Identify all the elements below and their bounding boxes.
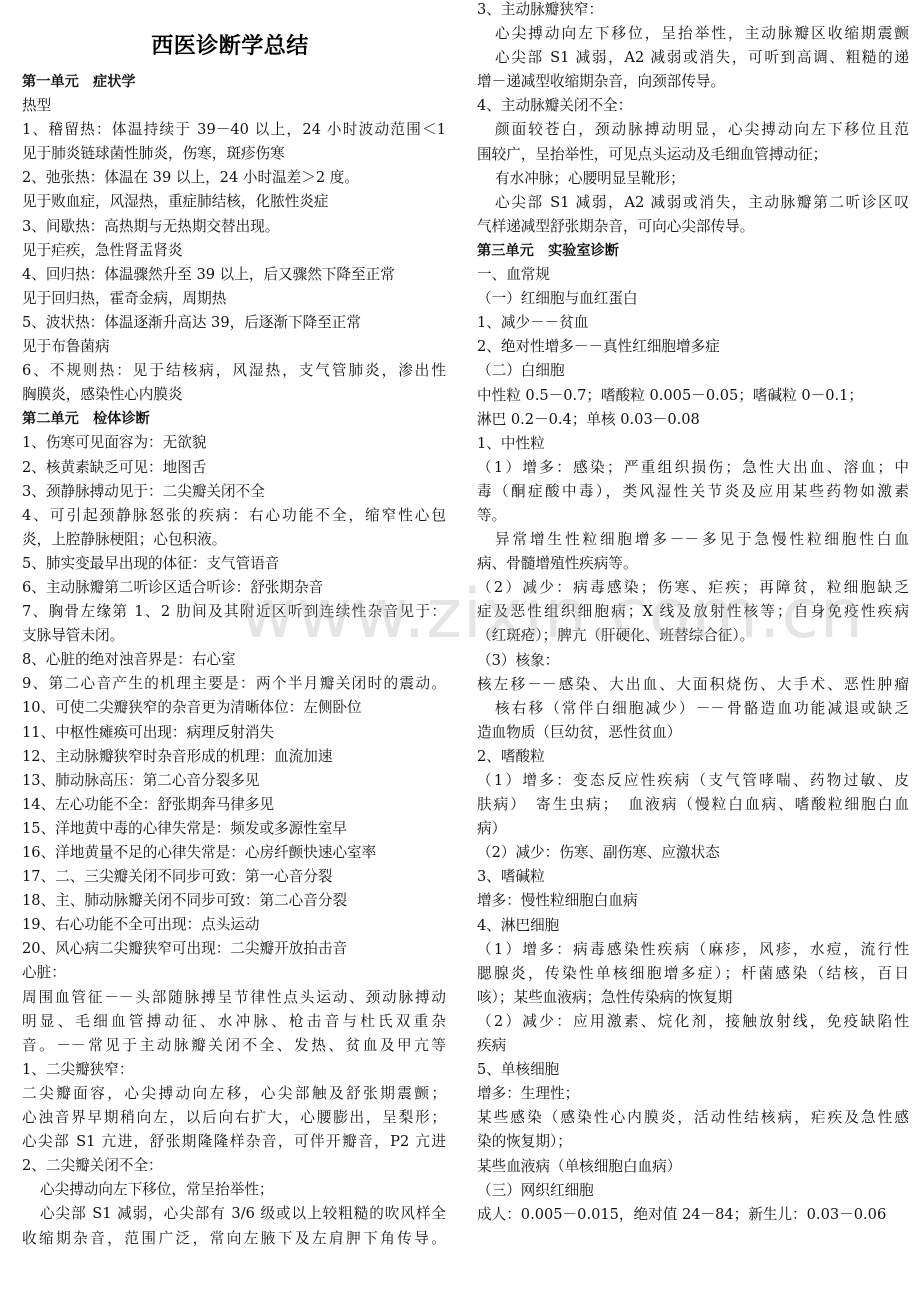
text-line: 4、回归热：体温骤然升至 39 以上，后又骤然下降至正常 [22, 263, 446, 287]
text-line: 见于肺炎链球菌性肺炎，伤寒，斑疹伤寒 [22, 142, 446, 166]
text-line: 6、主动脉瓣第二听诊区适合听诊：舒张期杂音 [22, 576, 446, 600]
text-line: 见于败血症，风湿热，重症肺结核，化脓性炎症 [22, 190, 446, 214]
document-page: 西医诊断学总结 第一单元 症状学热型1、稽留热：体温持续于 39－40 以上，2… [0, 0, 920, 1302]
text-line: 6、不规则热：见于结核病，风湿热，支气管肺炎，渗出性 [22, 359, 446, 383]
text-line: 腮腺炎，传染性单核细胞增多症）；杆菌感染（结核，百日 [477, 962, 909, 986]
text-line: （三）网织红细胞 [477, 1179, 909, 1203]
text-line: 某些血液病（单核细胞白血病） [477, 1155, 909, 1179]
text-line: 中性粒 0.5－0.7；嗜酸粒 0.005－0.05；嗜碱粒 0－0.1； [477, 384, 909, 408]
text-line: （3）核象： [477, 649, 909, 673]
text-line: 气样递减型舒张期杂音，可向心尖部传导。 [477, 215, 909, 239]
text-line: 某些感染（感染性心内膜炎，活动性结核病，疟疾及急性感 [477, 1106, 909, 1130]
text-line: （1）增多：病毒感染性疾病（麻疹，风疹，水痘，流行性 [477, 938, 909, 962]
text-line: 增多：生理性； [477, 1082, 909, 1106]
text-line: 音。－－常见于主动脉瓣关闭不全、发热、贫血及甲亢等 [22, 1034, 446, 1058]
text-line: 1、中性粒 [477, 432, 909, 456]
text-line: 心脏： [22, 961, 446, 985]
text-line: 淋巴 0.2－0.4；单核 0.03－0.08 [477, 408, 909, 432]
text-line: 1、伤寒可见面容为：无欲貌 [22, 431, 446, 455]
text-line: 8、心脏的绝对浊音界是：右心室 [22, 648, 446, 672]
text-line: （1）增多：变态反应性疾病（支气管哮喘、药物过敏、皮 [477, 769, 909, 793]
text-line: 成人：0.005－0.015，绝对值 24－84；新生儿：0.03－0.06 [477, 1203, 909, 1227]
text-line: 收缩期杂音，范围广泛，常向左腋下及左肩胛下角传导。 [22, 1227, 446, 1251]
text-line: 心尖部 S1 亢进，舒张期隆隆样杂音，可伴开瓣音，P2 亢进 [22, 1130, 446, 1154]
text-line: 颜面较苍白，颈动脉搏动明显，心尖搏动向左下移位且范 [477, 118, 909, 142]
text-line: （2）减少：应用激素、烷化剂，接触放射线，免疫缺陷性 [477, 1010, 909, 1034]
text-line: 1、减少－－贫血 [477, 311, 909, 335]
text-line: 心浊音界早期稍向左，以后向右扩大，心腰膨出，呈梨形； [22, 1106, 446, 1130]
text-line: 3、嗜碱粒 [477, 865, 909, 889]
text-line: （2）减少：病毒感染；伤寒、疟疾；再障贫，粒细胞缺乏 [477, 576, 909, 600]
text-line: 支脉导管未闭。 [22, 624, 446, 648]
text-line: 热型 [22, 94, 446, 118]
text-line: 3、颈静脉搏动见于：二尖瓣关闭不全 [22, 480, 446, 504]
text-line: 见于疟疾，急性肾盂肾炎 [22, 239, 446, 263]
text-line: 病、骨髓增殖性疾病等。 [477, 552, 909, 576]
text-line: 12、主动脉瓣狭窄时杂音形成的机理：血流加速 [22, 745, 446, 769]
text-line: 造血物质（巨幼贫，恶性贫血） [477, 721, 909, 745]
text-line: 1、稽留热：体温持续于 39－40 以上，24 小时波动范围＜1 [22, 118, 446, 142]
text-line: 明显、毛细血管搏动征、水冲脉、枪击音与杜氏双重杂 [22, 1010, 446, 1034]
text-line: 疾病 [477, 1034, 909, 1058]
text-line: 2、嗜酸粒 [477, 745, 909, 769]
text-line: 核右移（常伴白细胞减少）－－骨骼造血功能减退或缺乏 [477, 697, 909, 721]
text-line: 心尖部 S1 减弱，A2 减弱或消失，可听到高调、粗糙的递 [477, 46, 909, 70]
text-line: 2、弛张热：体温在 39 以上，24 小时温差＞2 度。 [22, 166, 446, 190]
text-line: 16、洋地黄量不足的心律失常是：心房纤颤快速心室率 [22, 841, 446, 865]
text-line: 5、肺实变最早出现的体征：支气管语音 [22, 552, 446, 576]
text-line: （1）增多：感染；严重组织损伤；急性大出血、溶血；中 [477, 456, 909, 480]
text-line: 2、二尖瓣关闭不全： [22, 1154, 446, 1178]
text-line: 7、胸骨左缘第 1、2 肋间及其附近区听到连续性杂音见于： [22, 600, 446, 624]
text-line: （红斑疮）；脾亢（肝硬化、班替综合征）。 [477, 624, 909, 648]
text-line: 2、核黄素缺乏可见：地图舌 [22, 456, 446, 480]
text-line: 二尖瓣面容，心尖搏动向左移，心尖部触及舒张期震颤； [22, 1082, 446, 1106]
text-line: （二）白细胞 [477, 359, 909, 383]
text-line: 3、主动脉瓣狭窄： [477, 0, 909, 22]
text-line: 染的恢复期）； [477, 1130, 909, 1154]
text-line: 等。 [477, 504, 909, 528]
document-title: 西医诊断学总结 [0, 30, 460, 64]
text-line: 心尖搏动向左下移位，常呈抬举性； [22, 1178, 446, 1202]
text-line: 周围血管征－－头部随脉搏呈节律性点头运动、颈动脉搏动 [22, 986, 446, 1010]
text-line: 一、血常规 [477, 263, 909, 287]
text-line: 17、二、三尖瓣关闭不同步可致：第一心音分裂 [22, 865, 446, 889]
left-column-lines: 第一单元 症状学热型1、稽留热：体温持续于 39－40 以上，24 小时波动范围… [22, 70, 446, 1251]
text-line: 增－递减型收缩期杂音，向颈部传导。 [477, 70, 909, 94]
text-line: 增多：慢性粒细胞白血病 [477, 889, 909, 913]
section-heading: 第二单元 检体诊断 [22, 407, 446, 431]
text-line: 3、间歇热：高热期与无热期交替出现。 [22, 215, 446, 239]
section-heading: 第一单元 症状学 [22, 70, 446, 94]
text-line: 18、主、肺动脉瓣关闭不同步可致：第二心音分裂 [22, 889, 446, 913]
text-line: 10、可使二尖瓣狭窄的杂音更为清晰体位：左侧卧位 [22, 696, 446, 720]
text-line: （一）红细胞与血红蛋白 [477, 287, 909, 311]
text-line: 心尖部 S1 减弱，心尖部有 3/6 级或以上较粗糙的吹风样全 [22, 1202, 446, 1226]
text-line: 19、右心功能不全可出现：点头运动 [22, 913, 446, 937]
text-line: 9、第二心音产生的机理主要是：两个半月瓣关闭时的震动。 [22, 672, 446, 696]
text-line: 14、左心功能不全：舒张期奔马律多见 [22, 793, 446, 817]
text-line: 5、单核细胞 [477, 1058, 909, 1082]
text-line: 4、主动脉瓣关闭不全： [477, 94, 909, 118]
text-line: 核左移－－感染、大出血、大面积烧伤、大手术、恶性肿瘤 [477, 673, 909, 697]
text-line: 心尖搏动向左下移位，呈抬举性，主动脉瓣区收缩期震颤 [477, 22, 909, 46]
section-heading: 第三单元 实验室诊断 [477, 239, 909, 263]
text-line: 异常增生性粒细胞增多－－多见于急慢性粒细胞性白血 [477, 528, 909, 552]
text-line: 见于回归热，霍奇金病，周期热 [22, 287, 446, 311]
text-line: 肤病） 寄生虫病； 血液病（慢粒白血病、嗜酸粒细胞白血 [477, 793, 909, 817]
text-line: 见于布鲁菌病 [22, 335, 446, 359]
text-line: 炎，上腔静脉梗阻；心包积液。 [22, 528, 446, 552]
text-line: 15、洋地黄中毒的心律失常是：频发或多源性室早 [22, 817, 446, 841]
text-line: 4、淋巴细胞 [477, 914, 909, 938]
text-line: 胸膜炎，感染性心内膜炎 [22, 383, 446, 407]
text-line: 病） [477, 817, 909, 841]
text-line: 心尖部 S1 减弱，A2 减弱或消失，主动脉瓣第二听诊区叹 [477, 191, 909, 215]
text-line: 20、风心病二尖瓣狭窄可出现：二尖瓣开放拍击音 [22, 937, 446, 961]
text-line: 4、可引起颈静脉怒张的疾病：右心功能不全，缩窄性心包 [22, 504, 446, 528]
text-line: 有水冲脉；心腰明显呈靴形； [477, 167, 909, 191]
text-line: 5、波状热：体温逐渐升高达 39，后逐渐下降至正常 [22, 311, 446, 335]
text-line: 2、绝对性增多－－真性红细胞增多症 [477, 335, 909, 359]
text-line: 咳）；某些血液病；急性传染病的恢复期 [477, 986, 909, 1010]
text-line: （2）减少：伤寒、副伤寒、应激状态 [477, 841, 909, 865]
text-line: 症及恶性组织细胞病；X 线及放射性核等；自身免疫性疾病 [477, 600, 909, 624]
text-line: 1、二尖瓣狭窄： [22, 1058, 446, 1082]
right-column-lines: 3、主动脉瓣狭窄：心尖搏动向左下移位，呈抬举性，主动脉瓣区收缩期震颤心尖部 S1… [477, 0, 909, 1227]
text-line: 毒（酮症酸中毒），类风湿性关节炎及应用某些药物如激素 [477, 480, 909, 504]
text-line: 围较广，呈抬举性，可见点头运动及毛细血管搏动征； [477, 143, 909, 167]
text-line: 11、中枢性瘫痪可出现：病理反射消失 [22, 721, 446, 745]
text-line: 13、肺动脉高压：第二心音分裂多见 [22, 769, 446, 793]
